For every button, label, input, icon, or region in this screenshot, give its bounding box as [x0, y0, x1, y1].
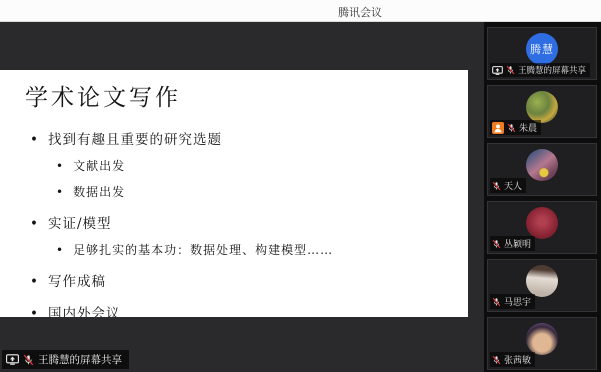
- bullet-item: •文献出发: [56, 157, 468, 174]
- participant-name-row: 丛颖明: [490, 236, 535, 251]
- mic-muted-icon: [507, 123, 516, 133]
- mic-muted-icon: [492, 181, 501, 191]
- bullet-item: •国内外会议: [30, 302, 468, 317]
- participant-name: 丛颖明: [504, 237, 531, 250]
- bullet-marker: •: [30, 274, 39, 290]
- app-title: 腾讯会议: [338, 4, 382, 20]
- bullet-text: 文献出发: [73, 159, 125, 173]
- participant-name: 朱晨: [519, 121, 537, 134]
- avatar: [526, 91, 558, 123]
- bullet-marker: •: [56, 185, 64, 199]
- participant-tile[interactable]: 马思宇: [487, 259, 597, 312]
- mic-muted-icon: [492, 239, 501, 249]
- bullet-item: •数据出发: [56, 183, 468, 200]
- participant-name-row: 张茜敏: [490, 352, 535, 367]
- bullet-text: 实证/模型: [48, 216, 112, 232]
- bullet-marker: •: [56, 159, 64, 173]
- participant-name-row: 王腾慧的屏幕共享: [490, 63, 590, 77]
- participants-sidebar[interactable]: 腾慧 王腾慧的屏幕共享 朱晨: [484, 22, 601, 372]
- participant-tile[interactable]: 天人: [487, 143, 597, 196]
- mic-muted-icon: [506, 65, 515, 75]
- participant-tile[interactable]: 张茜敏: [487, 317, 597, 370]
- participant-name-row: 朱晨: [490, 120, 541, 135]
- bullet-item: •实证/模型: [30, 212, 468, 232]
- screen-share-status-text: 王腾慧的屏幕共享: [38, 352, 122, 367]
- avatar: 腾慧: [526, 33, 558, 65]
- host-badge-icon: [492, 122, 504, 134]
- mic-muted-icon: [492, 297, 501, 307]
- mic-muted-icon: [492, 355, 501, 365]
- screen-share-status-label: 王腾慧的屏幕共享: [2, 350, 129, 369]
- bullet-marker: •: [30, 306, 39, 317]
- screen-share-icon: [492, 66, 503, 75]
- participant-tile[interactable]: 朱晨: [487, 85, 597, 138]
- participant-name: 马思宇: [504, 295, 531, 308]
- participant-name: 天人: [504, 179, 522, 192]
- bullet-item: •找到有趣且重要的研究选题: [30, 128, 468, 148]
- slide-title: 学术论文写作: [25, 79, 468, 112]
- screen-share-stage: 学术论文写作 •找到有趣且重要的研究选题 •文献出发 •数据出发 •实证/模型 …: [0, 22, 484, 372]
- participant-tile[interactable]: 丛颖明: [487, 201, 597, 254]
- participant-name: 张茜敏: [504, 353, 531, 366]
- bullet-marker: •: [30, 132, 39, 148]
- bullet-marker: •: [30, 216, 39, 232]
- bullet-item: •足够扎实的基本功：数据处理、构建模型……: [56, 241, 468, 258]
- avatar: [526, 149, 558, 181]
- avatar: [526, 265, 558, 297]
- bullet-marker: •: [56, 243, 64, 257]
- bullet-text: 找到有趣且重要的研究选题: [48, 132, 222, 148]
- participant-name-row: 马思宇: [490, 294, 535, 309]
- participant-name-row: 天人: [490, 178, 526, 193]
- bullet-text: 数据出发: [73, 185, 125, 199]
- tencent-meeting-window: 腾讯会议 学术论文写作 •找到有趣且重要的研究选题 •文献出发 •数据出发 •实…: [0, 0, 601, 372]
- bullet-text: 写作成稿: [48, 274, 106, 290]
- mic-muted-icon: [23, 354, 34, 366]
- participant-tile[interactable]: 腾慧 王腾慧的屏幕共享: [487, 27, 597, 80]
- participant-name: 王腾慧的屏幕共享: [518, 64, 586, 76]
- screen-share-icon: [6, 354, 19, 365]
- avatar: [526, 207, 558, 239]
- bullet-text: 足够扎实的基本功：数据处理、构建模型……: [73, 243, 333, 257]
- shared-slide: 学术论文写作 •找到有趣且重要的研究选题 •文献出发 •数据出发 •实证/模型 …: [0, 70, 468, 317]
- bullet-text: 国内外会议: [48, 306, 121, 317]
- avatar: [526, 323, 558, 355]
- window-titlebar: 腾讯会议: [0, 0, 601, 22]
- bullet-item: •写作成稿: [30, 270, 468, 290]
